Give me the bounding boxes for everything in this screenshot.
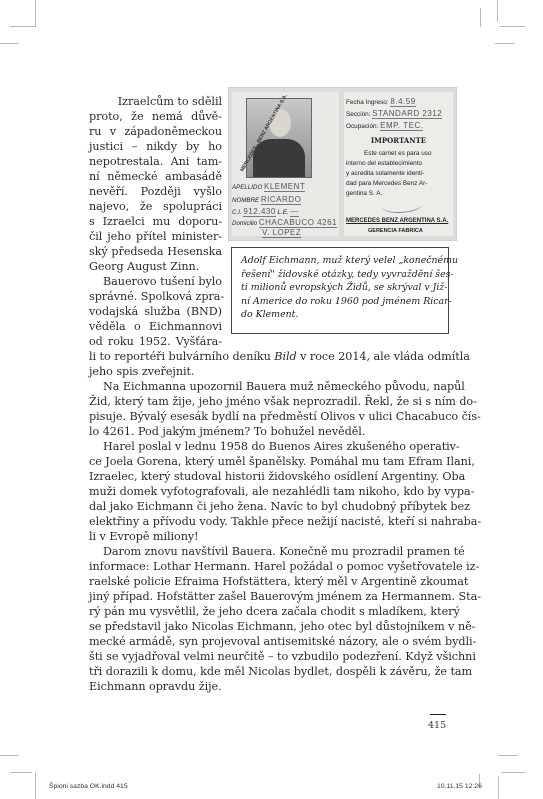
crop-mark bbox=[0, 43, 18, 44]
caption-line: ti milionů evropských Židů, se skrýval v… bbox=[241, 281, 440, 295]
text-run: v roce 2014, ale vláda odmítla bbox=[297, 350, 470, 363]
body-text-line: justici – nikdy by ho bbox=[89, 139, 222, 154]
slug-timestamp: 10.11.15 12:26 bbox=[437, 783, 482, 790]
text-run: li to reportéři bulvárního deníku bbox=[89, 350, 274, 363]
crop-mark bbox=[35, 0, 36, 27]
body-text-line: šti se vyjadřoval velmi neurčitě – to vz… bbox=[89, 649, 454, 664]
id-card-back: Fecha Ingreso: 8.4.59 Sección: STANDARD … bbox=[344, 92, 453, 236]
body-text-line: lo 4261. Pod jakým jménem? To bohužel ne… bbox=[89, 424, 365, 439]
body-text-line: věděla o Eichmannovi bbox=[89, 319, 222, 334]
body-text-line: jeho spis zveřejnit. bbox=[89, 364, 194, 379]
crop-mark bbox=[0, 755, 18, 756]
body-text-line: Izraelec, který studoval historii židovs… bbox=[89, 469, 454, 484]
notice-line: Este carnet es para uso bbox=[364, 150, 432, 157]
body-text-line: proto, že nemá důvě- bbox=[89, 109, 222, 124]
fecha-field: Fecha Ingreso: 8.4.59 bbox=[346, 97, 416, 106]
notice-line: interno del establecimiento bbox=[346, 160, 422, 167]
crop-mark bbox=[35, 772, 36, 799]
page-number-rule bbox=[430, 714, 446, 715]
caption-line: ní Americe do roku 1960 pod jménem Ricar… bbox=[241, 295, 440, 309]
nombre-value: RICARDO bbox=[261, 195, 301, 205]
body-text-line: čil jeho přítel minister- bbox=[89, 229, 222, 244]
crop-mark bbox=[498, 776, 499, 799]
body-text-line: Žid, který tam žije, jeho jméno však nep… bbox=[89, 394, 454, 409]
body-text-line: nepotrestala. Ani tam- bbox=[89, 154, 222, 169]
body-text-line: najevo, že spolupráci bbox=[89, 199, 222, 214]
body-text-line: vodajská služba (BND) bbox=[89, 304, 222, 319]
body-text-line: rý pán mu vysvětlil, že jeho dcera začal… bbox=[89, 604, 454, 619]
crop-mark bbox=[10, 772, 32, 773]
nombre-field: NOMBRE RICARDO bbox=[232, 195, 301, 204]
notice-line: gentina S. A. bbox=[346, 190, 382, 197]
newspaper-title: Bild bbox=[274, 350, 296, 363]
body-text-line: li v Evropě miliony! bbox=[89, 529, 199, 544]
caption-line: do Klement. bbox=[241, 308, 440, 322]
domicilio-value: CHACABUCO 4261 bbox=[259, 218, 337, 228]
seccion-label: Sección: bbox=[346, 111, 371, 118]
ocupacion-label: Ocupación: bbox=[346, 123, 378, 130]
crop-mark bbox=[501, 772, 525, 773]
slug-filename: Špioni sazba OK.indd 415 bbox=[49, 783, 128, 790]
crop-mark bbox=[498, 755, 518, 756]
crop-mark bbox=[480, 8, 481, 27]
body-text-line: nevěří. Později vyšlo bbox=[89, 184, 222, 199]
body-text-line: jiný případ. Hofstätter zašel Bauerovým … bbox=[89, 589, 454, 604]
body-text-line: dal jako Eichmann či jeho žena. Navíc to… bbox=[89, 499, 454, 514]
apellido-value: KLEMENT bbox=[264, 182, 305, 192]
figure-id-card-photo: MERCEDES - BENZ ARGENTINA S.A. APELLIDO … bbox=[228, 87, 457, 241]
le-label: L.E. bbox=[278, 209, 289, 216]
fecha-label: Fecha Ingreso: bbox=[346, 99, 389, 106]
body-text-line: se představil jako Nicolas Eichmann, jeh… bbox=[89, 619, 454, 634]
page-number: 415 bbox=[428, 720, 446, 731]
crop-mark bbox=[10, 26, 35, 27]
body-text-line: Harel poslal v lednu 1958 do Buenos Aire… bbox=[103, 439, 454, 454]
domicilio-label: Domicilio bbox=[232, 220, 257, 227]
body-text-line: Bauerovo tušení bylo bbox=[103, 274, 222, 289]
body-text-line: Eichmann opravdu žije. bbox=[89, 679, 222, 694]
important-heading: IMPORTANTE bbox=[344, 136, 453, 145]
le-value: — bbox=[290, 207, 299, 217]
domicilio-value-2: V. LOPEZ bbox=[262, 228, 301, 238]
figure-caption: Adolf Eichmann, muž který velel „konečné… bbox=[231, 247, 449, 334]
body-text-line: mecké armádě, syn projevoval antisemitsk… bbox=[89, 634, 454, 649]
body-text-line: Izraelcům to sdělil bbox=[110, 94, 222, 109]
body-text-line: tři dorazili k domu, kde měl Nicolas byd… bbox=[89, 664, 454, 679]
caption-line: řešení" židovské otázky, tedy vyvraždění… bbox=[241, 268, 440, 282]
caption-line: Adolf Eichmann, muž který velel „konečné… bbox=[241, 254, 440, 268]
body-text-line: Na Eichmanna upozornil Bauera muž německ… bbox=[103, 379, 454, 394]
notice-line: y acredita solamente identi- bbox=[346, 170, 424, 177]
body-text-line: od roku 1952. Vyšťára- bbox=[89, 334, 222, 349]
ci-value: 912.430 bbox=[243, 207, 275, 217]
body-text-line: li to reportéři bulvárního deníku Bild v… bbox=[89, 349, 454, 364]
body-text-line: informace: Lothar Hermann. Harel požádal… bbox=[89, 559, 454, 574]
apellido-label: APELLIDO bbox=[232, 184, 262, 191]
fecha-value: 8.4.59 bbox=[390, 97, 415, 107]
body-text-line: ní německé ambasádě bbox=[89, 169, 222, 184]
body-text-line: pisuje. Bývalý esesák bydlí na předměstí… bbox=[89, 409, 454, 424]
seccion-field: Sección: STANDARD 2312 bbox=[346, 109, 442, 118]
body-text-line: ru v západoněmeckou bbox=[89, 124, 222, 139]
ci-label: C.I. bbox=[232, 209, 242, 216]
body-text-line: raelské policie Efraima Hofstättera, kte… bbox=[89, 574, 454, 589]
ocupacion-field: Ocupación: EMP. TEC. bbox=[346, 121, 423, 130]
signature bbox=[381, 195, 423, 215]
nombre-label: NOMBRE bbox=[232, 197, 259, 204]
crop-mark bbox=[500, 26, 525, 27]
seccion-value: STANDARD 2312 bbox=[372, 109, 442, 119]
body-text-line: ský předseda Hesenska bbox=[89, 244, 222, 259]
notice-line: dad para Mercedes Benz Ar- bbox=[346, 180, 427, 187]
body-text-line: Darom znovu navštívil Bauera. Konečně mu… bbox=[103, 544, 454, 559]
domicilio-field: Domicilio CHACABUCO 4261 bbox=[232, 218, 337, 227]
body-text-line: Georg August Zinn. bbox=[89, 259, 199, 274]
domicilio-field-2: V. LOPEZ bbox=[262, 228, 301, 237]
body-text-line: správné. Spolková zpra- bbox=[89, 289, 222, 304]
company-name: MERCEDES BENZ ARGENTINA S.A. bbox=[346, 218, 448, 224]
body-text-line: elektřiny a přívodu vody. Takhle přece n… bbox=[89, 514, 454, 529]
crop-mark bbox=[495, 43, 515, 44]
body-text-line: muži domek vyfotografovali, ale nezahléd… bbox=[89, 484, 454, 499]
id-card-front: MERCEDES - BENZ ARGENTINA S.A. APELLIDO … bbox=[232, 92, 339, 236]
ci-field: C.I. 912.430 L.E. — bbox=[232, 207, 299, 216]
ocupacion-value: EMP. TEC. bbox=[380, 121, 423, 131]
body-text-line: ce Joela Gorena, který uměl španělsky. P… bbox=[89, 454, 454, 469]
department-name: GERENCIA FABRICA bbox=[368, 228, 423, 234]
crop-mark bbox=[497, 0, 498, 22]
body-text-line: s Izraelci mu doporu- bbox=[89, 214, 222, 229]
apellido-field: APELLIDO KLEMENT bbox=[232, 182, 305, 191]
